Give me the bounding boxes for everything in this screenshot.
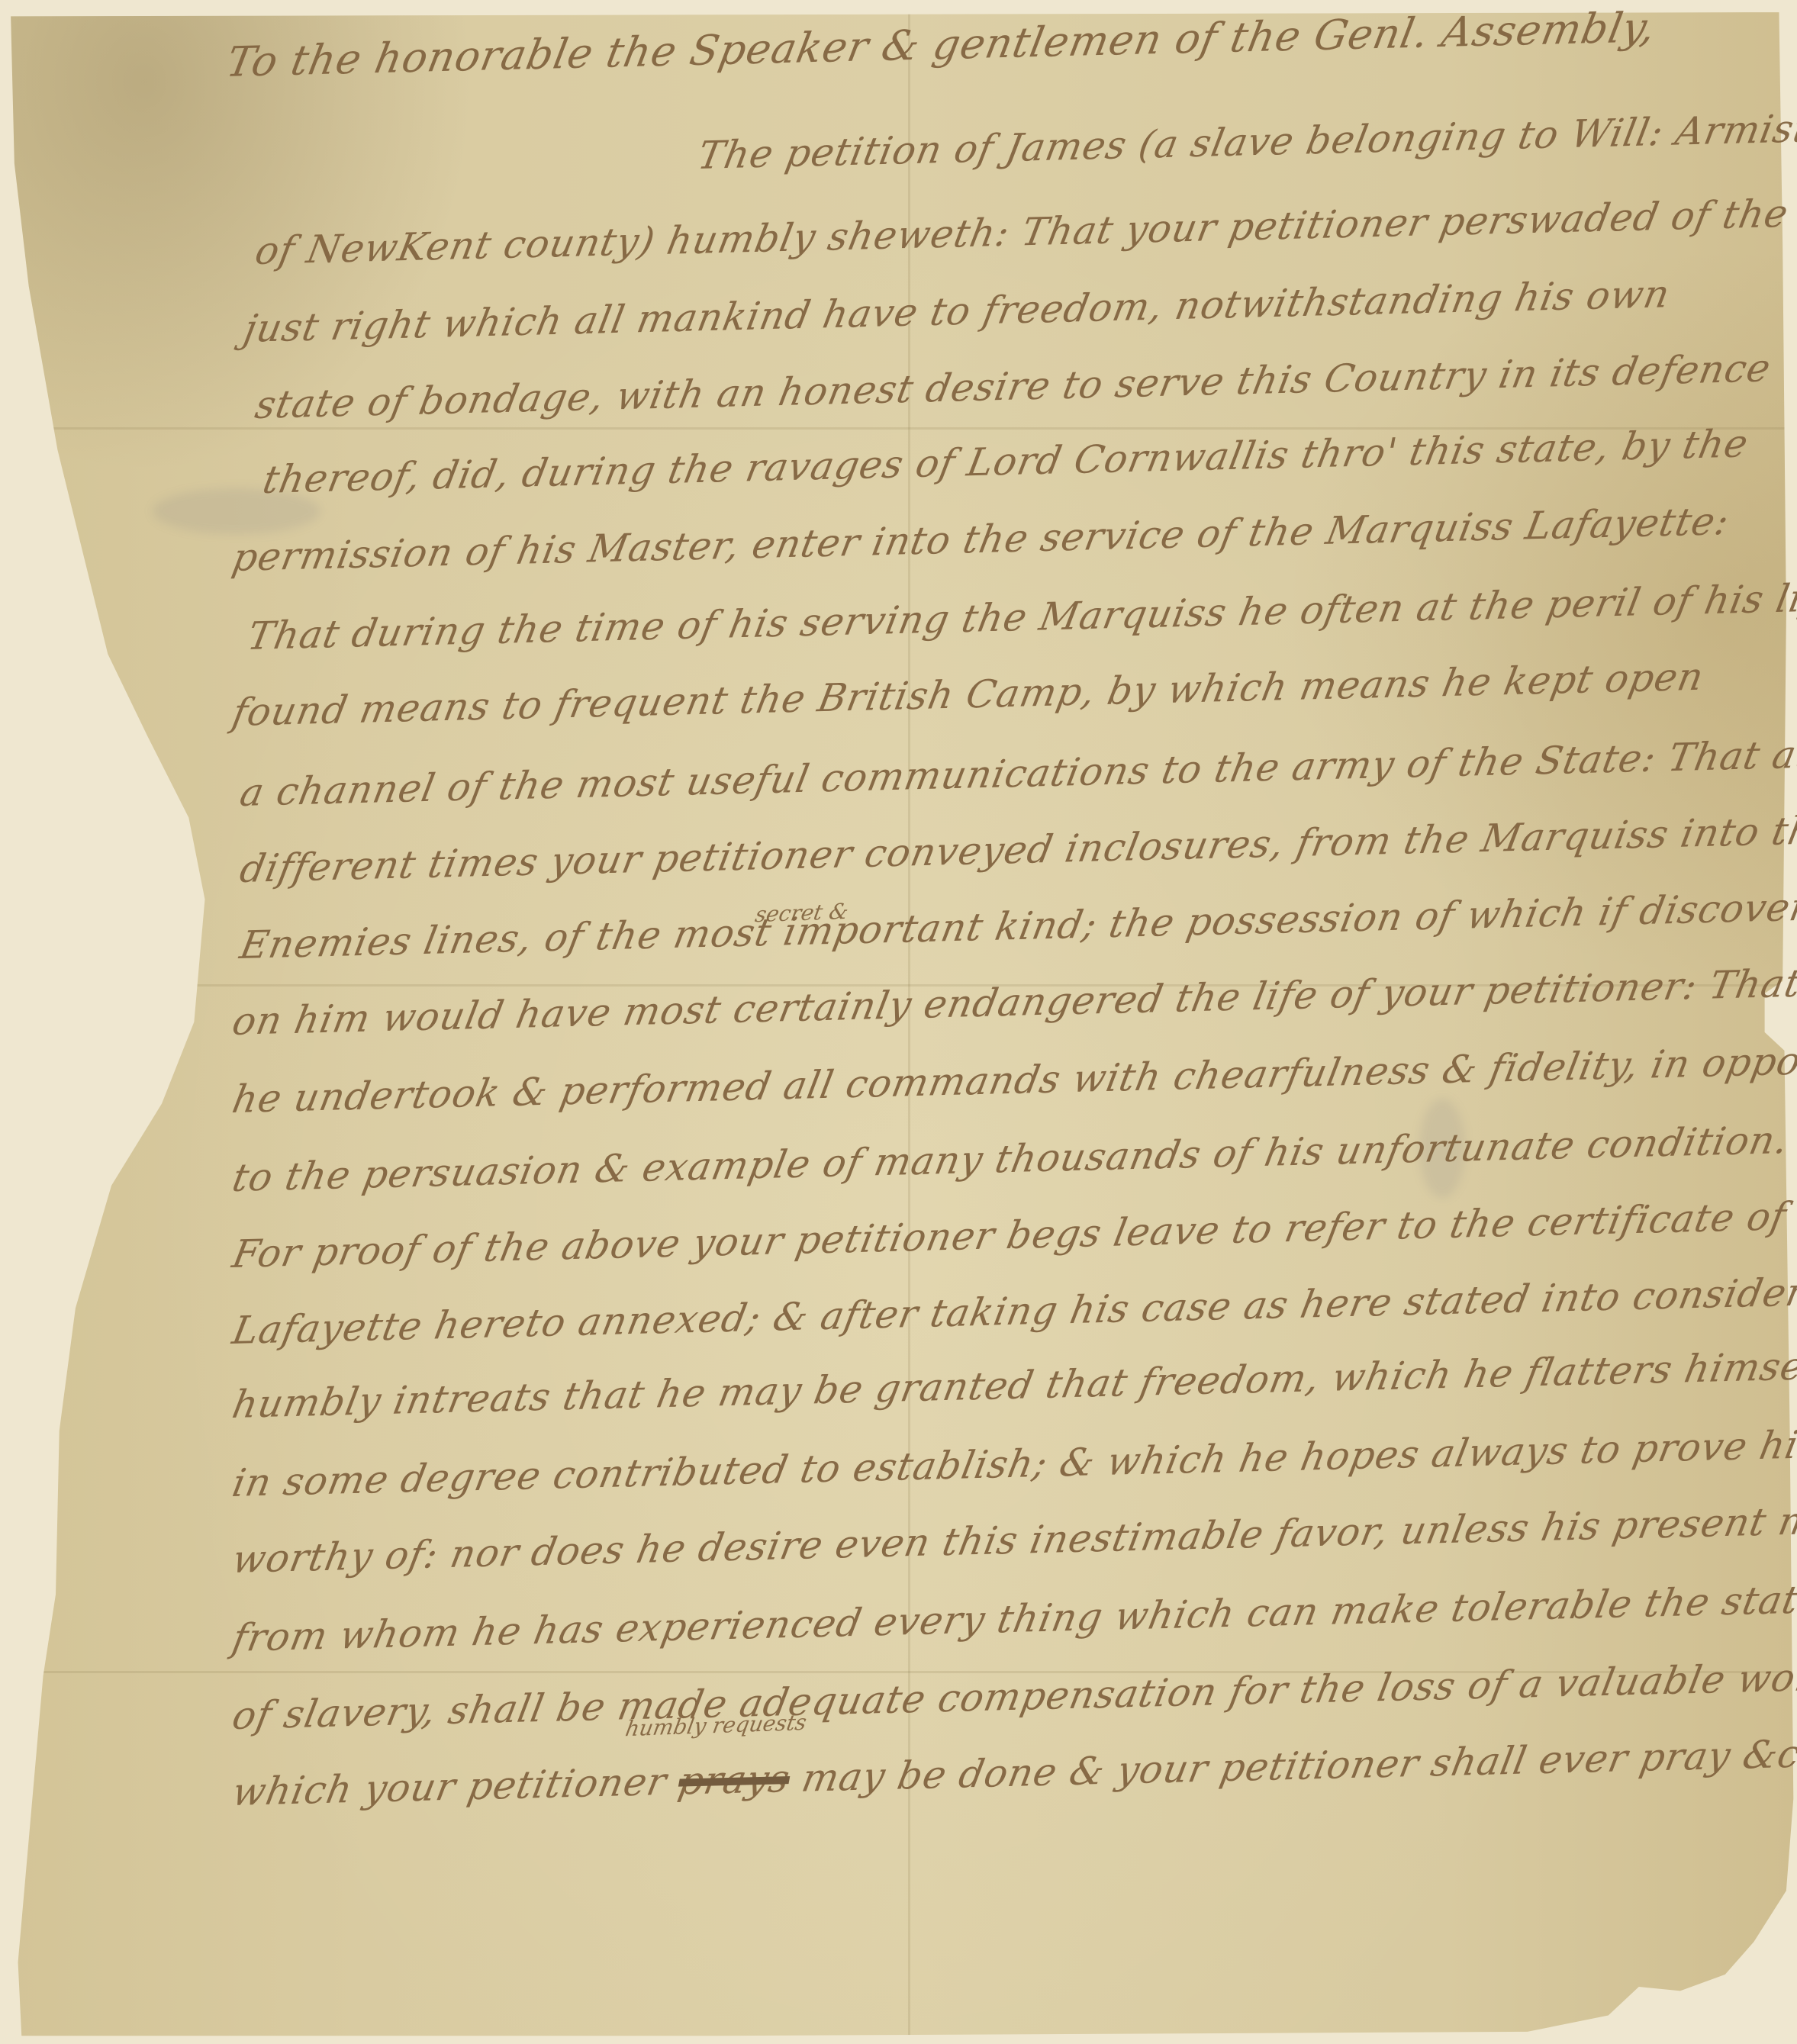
struck-out-word: prays (675, 1756, 794, 1804)
